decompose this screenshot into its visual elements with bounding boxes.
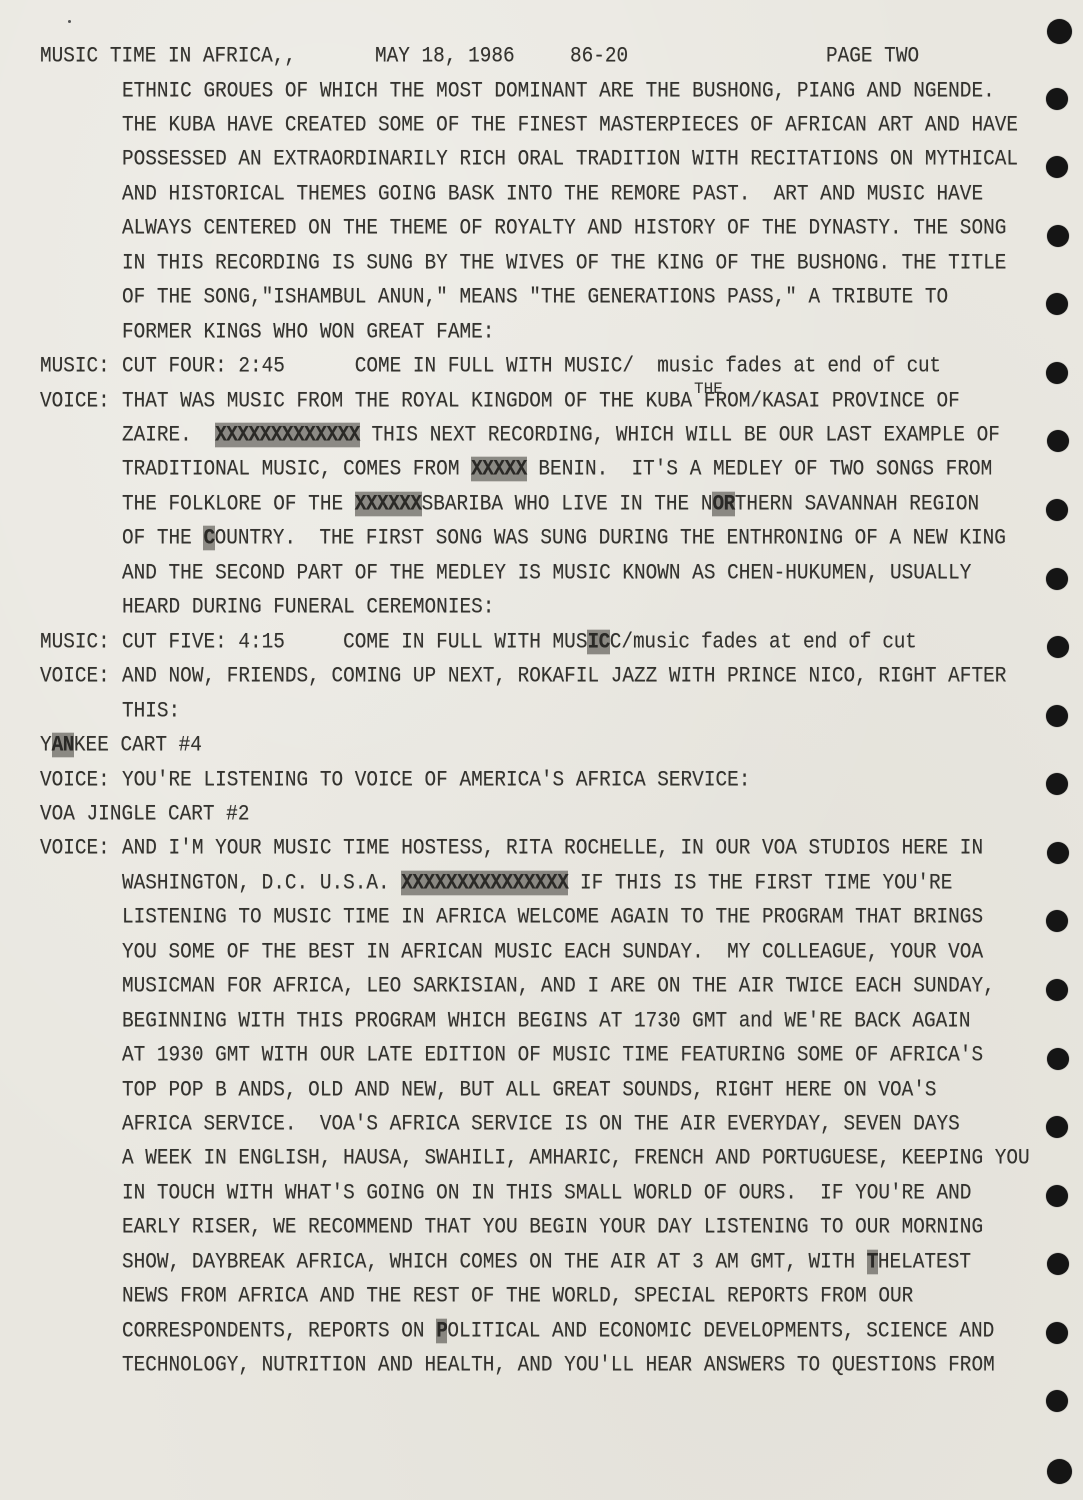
binder-hole — [1046, 293, 1068, 315]
line-text: BEGINNING WITH THIS PROGRAM WHICH BEGINS… — [122, 1008, 739, 1033]
script-line: HEARD DURING FUNERAL CEREMONIES: — [122, 595, 494, 620]
line-text: Y — [40, 733, 52, 758]
script-line: NEWS FROM AFRICA AND THE REST OF THE WOR… — [122, 1284, 913, 1309]
line-text: SBARIBA WHO LIVE IN THE N — [422, 492, 713, 517]
line-text: C/ — [610, 629, 633, 654]
script-line: AT 1930 GMT WITH OUR LATE EDITION OF MUS… — [122, 1043, 983, 1068]
line-text: CUT FIVE: 4:15 COME IN FULL WITH MUS — [122, 629, 587, 654]
overstruck-text: T — [867, 1249, 878, 1274]
line-text: A WEEK IN ENGLISH, HAUSA, SWAHILI, AMHAR… — [122, 1146, 1030, 1171]
script-line: VOA JINGLE CART #2 — [40, 802, 249, 827]
script-line: POSSESSED AN EXTRAORDINARILY RICH ORAL T… — [122, 147, 1018, 172]
line-text: CORRESPONDENTS, REPORTS ON — [122, 1318, 436, 1343]
script-line: ETHNIC GROUES OF WHICH THE MOST DOMINANT… — [122, 78, 995, 103]
line-text: NEWS FROM AFRICA AND THE REST OF THE WOR… — [122, 1284, 913, 1309]
line-text: THIS: — [122, 698, 180, 723]
script-line: IN THIS RECORDING IS SUNG BY THE WIVES O… — [122, 250, 1006, 275]
script-line: IN TOUCH WITH WHAT'S GOING ON IN THIS SM… — [122, 1181, 971, 1206]
line-text: WE'RE BACK AGAIN — [773, 1008, 971, 1033]
cue-label: VOICE: — [40, 664, 110, 689]
overstruck-text: C — [203, 526, 214, 551]
overstruck-text: P — [436, 1318, 447, 1343]
line-text: IN TOUCH WITH WHAT'S GOING ON IN THIS SM… — [122, 1181, 971, 1206]
header-code: 86-20 — [570, 44, 628, 69]
script-line: THE KUBA HAVE CREATED SOME OF THE FINEST… — [122, 113, 1018, 138]
handwritten-insertion: THE — [694, 381, 723, 397]
script-line: OF THE COUNTRY. THE FIRST SONG WAS SUNG … — [122, 526, 1006, 551]
line-text: YOU SOME OF THE BEST IN AFRICAN MUSIC EA… — [122, 939, 983, 964]
script-line: ALWAYS CENTERED ON THE THEME OF ROYALTY … — [122, 216, 1006, 241]
cue-label: VOICE: — [40, 388, 110, 413]
binder-hole — [1046, 1390, 1068, 1412]
line-text: and — [739, 1008, 773, 1033]
script-line: OF THE SONG,"ISHAMBUL ANUN," MEANS "THE … — [122, 285, 948, 310]
binder-hole — [1046, 156, 1068, 178]
binder-hole — [1047, 842, 1069, 864]
binder-hole — [1046, 499, 1068, 521]
line-text: AND NOW, FRIENDS, COMING UP NEXT, ROKAFI… — [122, 664, 1006, 689]
binder-hole — [1046, 1116, 1068, 1138]
script-line: EARLY RISER, WE RECOMMEND THAT YOU BEGIN… — [122, 1215, 983, 1240]
line-text: music fades at end of cut — [657, 354, 940, 379]
line-text: OLITICAL AND ECONOMIC DEVELOPMENTS, SCIE… — [447, 1318, 994, 1343]
script-line: ZAIRE. XXXXXXXXXXXXX THIS NEXT RECORDING… — [122, 423, 1000, 448]
cue-label: VOICE: — [40, 767, 110, 792]
binder-hole — [1046, 362, 1068, 384]
script-line: YANKEE CART #4 — [40, 733, 202, 758]
paper-speck — [68, 20, 71, 23]
script-line: TRADITIONAL MUSIC, COMES FROM XXXXX BENI… — [122, 457, 992, 482]
line-text: HEARD DURING FUNERAL CEREMONIES: — [122, 595, 494, 620]
script-line: TECHNOLOGY, NUTRITION AND HEALTH, AND YO… — [122, 1353, 995, 1378]
overstruck-text: AN — [52, 733, 74, 758]
line-text: TECHNOLOGY, NUTRITION AND HEALTH, AND YO… — [122, 1353, 995, 1378]
line-text: HELATEST — [878, 1249, 971, 1274]
script-line: YOU SOME OF THE BEST IN AFRICAN MUSIC EA… — [122, 939, 983, 964]
overstruck-text: IC — [587, 629, 609, 654]
binder-hole — [1047, 430, 1069, 452]
script-line: BEGINNING WITH THIS PROGRAM WHICH BEGINS… — [122, 1008, 971, 1033]
script-line: AND HISTORICAL THEMES GOING BASK INTO TH… — [122, 182, 983, 207]
line-text: LISTENING TO MUSIC TIME IN AFRICA WELCOM… — [122, 905, 983, 930]
script-line: AND THE SECOND PART OF THE MEDLEY IS MUS… — [122, 560, 971, 585]
script-line: CUT FOUR: 2:45 COME IN FULL WITH MUSIC/ … — [122, 354, 941, 379]
script-line: TOP POP B ANDS, OLD AND NEW, BUT ALL GRE… — [122, 1077, 937, 1102]
line-text: THE FOLKLORE OF THE — [122, 492, 355, 517]
binder-hole — [1046, 568, 1068, 590]
binder-hole — [1046, 1322, 1068, 1344]
cue-label: MUSIC: — [40, 629, 110, 654]
line-text: ZAIRE. — [122, 423, 215, 448]
line-text: THIS NEXT RECORDING, WHICH WILL BE OUR L… — [360, 423, 1000, 448]
script-line: AFRICA SERVICE. VOA'S AFRICA SERVICE IS … — [122, 1112, 960, 1137]
script-line: THIS: — [122, 698, 180, 723]
line-text: AT 1930 GMT WITH OUR LATE EDITION OF MUS… — [122, 1043, 983, 1068]
line-text: OF THE SONG,"ISHAMBUL ANUN," MEANS "THE … — [122, 285, 948, 310]
cue-label: VOICE: — [40, 836, 110, 861]
overstruck-text: XXXXXXXXXXXXXXX — [401, 871, 568, 896]
line-text: OUNTRY. THE FIRST SONG WAS SUNG DURING T… — [215, 526, 1006, 551]
binder-hole — [1046, 773, 1068, 795]
binder-hole — [1046, 979, 1068, 1001]
binder-hole — [1046, 88, 1068, 110]
binder-hole — [1047, 1048, 1069, 1070]
script-line: FORMER KINGS WHO WON GREAT FAME: — [122, 319, 494, 344]
line-text: YOU'RE LISTENING TO VOICE OF AMERICA'S A… — [122, 767, 750, 792]
binder-hole — [1047, 1253, 1069, 1275]
binder-hole — [1046, 705, 1068, 727]
binder-hole — [1047, 19, 1072, 44]
script-line: CUT FIVE: 4:15 COME IN FULL WITH MUSICC/… — [122, 629, 916, 654]
script-line: LISTENING TO MUSIC TIME IN AFRICA WELCOM… — [122, 905, 983, 930]
cue-label: MUSIC: — [40, 354, 110, 379]
line-text: EARLY RISER, WE RECOMMEND THAT YOU BEGIN… — [122, 1215, 983, 1240]
line-text: TRADITIONAL MUSIC, COMES FROM — [122, 457, 471, 482]
binder-hole — [1046, 910, 1068, 932]
line-text: ALWAYS CENTERED ON THE THEME OF ROYALTY … — [122, 216, 1006, 241]
script-line: THAT WAS MUSIC FROM THE ROYAL KINGDOM OF… — [122, 388, 960, 413]
line-text: KEE CART #4 — [74, 733, 202, 758]
line-text: AND I'M YOUR MUSIC TIME HOSTESS, RITA RO… — [122, 836, 983, 861]
line-text: CUT FOUR: 2:45 COME IN FULL WITH MUSIC/ — [122, 354, 657, 379]
overstruck-text: OR — [712, 492, 734, 517]
line-text: WASHINGTON, D.C. U.S.A. — [122, 871, 401, 896]
script-line: SHOW, DAYBREAK AFRICA, WHICH COMES ON TH… — [122, 1249, 971, 1274]
line-text: SHOW, DAYBREAK AFRICA, WHICH COMES ON TH… — [122, 1249, 867, 1274]
script-line: A WEEK IN ENGLISH, HAUSA, SWAHILI, AMHAR… — [122, 1146, 1030, 1171]
line-text: VOA JINGLE CART #2 — [40, 802, 249, 827]
script-line: AND I'M YOUR MUSIC TIME HOSTESS, RITA RO… — [122, 836, 983, 861]
line-text: BENIN. IT'S A MEDLEY OF TWO SONGS FROM — [527, 457, 992, 482]
line-text: OF THE — [122, 526, 203, 551]
line-text: AND HISTORICAL THEMES GOING BASK INTO TH… — [122, 182, 983, 207]
overstruck-text: XXXXXXXXXXXXX — [215, 423, 360, 448]
line-text: TOP POP B ANDS, OLD AND NEW, BUT ALL GRE… — [122, 1077, 937, 1102]
overstruck-text: XXXXX — [471, 457, 527, 482]
line-text: AFRICA SERVICE. VOA'S AFRICA SERVICE IS … — [122, 1112, 960, 1137]
binder-hole — [1047, 1459, 1072, 1484]
script-line: CORRESPONDENTS, REPORTS ON POLITICAL AND… — [122, 1318, 994, 1343]
line-text: THE KUBA HAVE CREATED SOME OF THE FINEST… — [122, 113, 1018, 138]
line-text: IF THIS IS THE FIRST TIME YOU'RE — [568, 871, 952, 896]
script-line: THE FOLKLORE OF THE XXXXXXSBARIBA WHO LI… — [122, 492, 979, 517]
script-line: MUSICMAN FOR AFRICA, LEO SARKISIAN, AND … — [122, 974, 995, 999]
script-line: AND NOW, FRIENDS, COMING UP NEXT, ROKAFI… — [122, 664, 1006, 689]
header-program: MUSIC TIME IN AFRICA,, — [40, 44, 296, 69]
line-text: music fades at end of cut — [633, 629, 916, 654]
line-text: THERN SAVANNAH REGION — [735, 492, 979, 517]
header-date: MAY 18, 1986 — [375, 44, 515, 69]
line-text: IN THIS RECORDING IS SUNG BY THE WIVES O… — [122, 250, 1006, 275]
script-line: WASHINGTON, D.C. U.S.A. XXXXXXXXXXXXXXX … — [122, 871, 952, 896]
line-text: FORMER KINGS WHO WON GREAT FAME: — [122, 319, 494, 344]
script-line: YOU'RE LISTENING TO VOICE OF AMERICA'S A… — [122, 767, 750, 792]
typewritten-script-page: MUSIC TIME IN AFRICA,, MAY 18, 1986 86-2… — [0, 0, 1083, 1500]
binder-hole — [1047, 636, 1069, 658]
line-text: POSSESSED AN EXTRAORDINARILY RICH ORAL T… — [122, 147, 1018, 172]
line-text: THAT WAS MUSIC FROM THE ROYAL KINGDOM OF… — [122, 388, 960, 413]
binder-hole — [1047, 225, 1069, 247]
line-text: AND THE SECOND PART OF THE MEDLEY IS MUS… — [122, 560, 971, 585]
binder-hole — [1046, 1185, 1068, 1207]
overstruck-text: XXXXXX — [355, 492, 422, 517]
header-page: PAGE TWO — [826, 44, 919, 69]
line-text: MUSICMAN FOR AFRICA, LEO SARKISIAN, AND … — [122, 974, 995, 999]
line-text: ETHNIC GROUES OF WHICH THE MOST DOMINANT… — [122, 78, 995, 103]
